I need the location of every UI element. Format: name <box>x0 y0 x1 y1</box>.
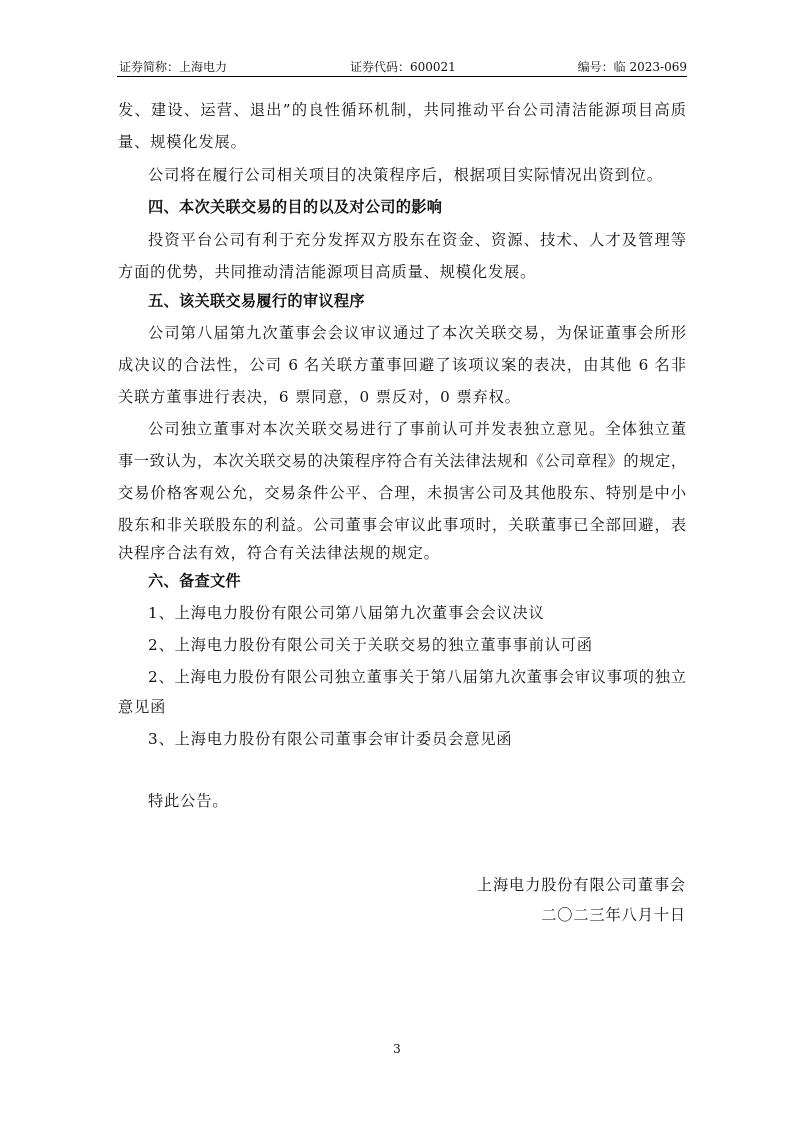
paragraph-line: 公司第八届第九次董事会会议审议通过了本次关联交易，为保证董事会所形 <box>148 322 686 343</box>
reference-document-item: 1、上海电力股份有限公司第八届第九次董事会会议决议 <box>148 602 545 623</box>
closing-statement: 特此公告。 <box>148 790 228 811</box>
paragraph-line: 量、规模化发展。 <box>118 131 247 152</box>
reference-document-item: 2、上海电力股份有限公司独立董事关于第八届第九次董事会审议事项的独立 <box>148 666 686 687</box>
paragraph-line: 决程序合法有效，符合有关法律法规的规定。 <box>118 542 440 563</box>
paragraph-line: 公司独立董事对本次关联交易进行了事前认可并发表独立意见。全体独立董 <box>148 418 686 439</box>
signatory: 上海电力股份有限公司董事会 <box>477 874 686 895</box>
signature-date: 二〇二三年八月十日 <box>541 904 686 925</box>
paragraph-line: 事一致认为，本次关联交易的决策程序符合有关法律法规和《公司章程》的规定， <box>118 450 686 471</box>
paragraph-line: 公司将在履行公司相关项目的决策程序后，根据项目实际情况出资到位。 <box>148 164 663 185</box>
paragraph-line: 投资平台公司有利于充分发挥双方股东在资金、资源、技术、人才及管理等 <box>148 229 686 250</box>
reference-document-item-continued: 意见函 <box>118 696 166 717</box>
paragraph-line: 关联方董事进行表决，6 票同意，0 票反对，0 票弃权。 <box>118 386 521 407</box>
stock-code: 证券代码：600021 <box>350 58 456 75</box>
paragraph-line: 交易价格客观公允，交易条件公平、合理，未损害公司及其他股东、特别是中小 <box>118 482 686 503</box>
paragraph-line: 方面的优势，共同推动清洁能源项目高质量、规模化发展。 <box>118 261 536 282</box>
paragraph-line: 发、建设、运营、退出”的良性循环机制，共同推动平台公司清洁能源项目高质 <box>118 99 686 120</box>
announcement-number: 编号：临 2023-069 <box>578 58 687 75</box>
section-heading-5: 五、该关联交易履行的审议程序 <box>148 290 365 311</box>
stock-abbreviation: 证券简称：上海电力 <box>119 58 227 75</box>
reference-document-item: 2、上海电力股份有限公司关于关联交易的独立董事事前认可函 <box>148 634 593 655</box>
paragraph-line: 股东和非关联股东的利益。公司董事会审议此事项时，关联董事已全部回避，表 <box>118 514 686 535</box>
page-header: 证券简称：上海电力 证券代码：600021 编号：临 2023-069 <box>117 56 687 77</box>
reference-document-item: 3、上海电力股份有限公司董事会审计委员会意见函 <box>148 728 513 749</box>
section-heading-6: 六、备查文件 <box>148 570 241 591</box>
page-number: 3 <box>0 1042 794 1056</box>
section-heading-4: 四、本次关联交易的目的以及对公司的影响 <box>148 196 442 217</box>
paragraph-line: 成决议的合法性，公司 6 名关联方董事回避了该项议案的表决，由其他 6 名非 <box>118 354 686 375</box>
